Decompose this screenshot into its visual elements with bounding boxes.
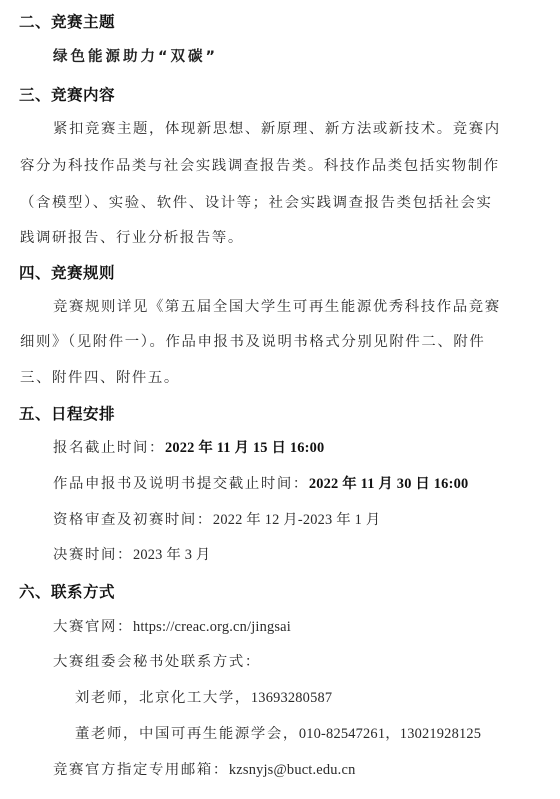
website-link[interactable]: https://creac.org.cn/jingsai: [133, 619, 291, 635]
schedule-item: 决赛时间：2023 年 3 月: [53, 545, 211, 565]
theme-text: 绿色能源助力“双碳”: [53, 47, 218, 67]
heading-s4: 四、竞赛规则: [19, 263, 115, 283]
email-link[interactable]: kzsnyjs@buct.edu.cn: [229, 762, 356, 778]
paragraph-line: 三、附件四、附件五。: [20, 368, 180, 388]
contact-text: 刘老师，北京化工大学，: [75, 690, 251, 706]
schedule-value: 2022 年 11 月 30 日 16:00: [309, 476, 469, 492]
secretariat-label: 大赛组委会秘书处联系方式：: [53, 652, 261, 672]
schedule-value: 2022 年 11 月 15 日 16:00: [165, 440, 325, 456]
email-line: 竞赛官方指定专用邮箱：kzsnyjs@buct.edu.cn: [53, 760, 355, 780]
paragraph-line: 竞赛规则详见《第五届全国大学生可再生能源优秀科技作品竞赛: [53, 297, 501, 317]
paragraph-line: 细则》（见附件一）。作品申报书及说明书格式分别见附件二、附件: [20, 332, 485, 352]
schedule-item: 报名截止时间：2022 年 11 月 15 日 16:00: [53, 438, 324, 458]
contact-text: 董老师，中国可再生能源学会，: [75, 726, 299, 742]
paragraph-line: 紧扣竞赛主题，体现新思想、新原理、新方法或新技术。竞赛内: [53, 119, 501, 139]
paragraph-line: （含模型）、实验、软件、设计等；社会实践调查报告类包括社会实: [20, 193, 493, 213]
schedule-label: 报名截止时间：: [53, 440, 165, 456]
paragraph-line: 践调研报告、行业分析报告等。: [20, 228, 244, 248]
email-label: 竞赛官方指定专用邮箱：: [53, 762, 229, 778]
schedule-item: 资格审查及初赛时间：2022 年 12 月-2023 年 1 月: [53, 510, 380, 530]
contact-phone: 13693280587: [251, 690, 332, 706]
schedule-item: 作品申报书及说明书提交截止时间：2022 年 11 月 30 日 16:00: [53, 474, 468, 494]
contact-phone: 010-82547261，13021928125: [299, 726, 481, 742]
website-label: 大赛官网：: [53, 619, 133, 635]
schedule-value: 2023 年 3 月: [133, 547, 211, 563]
schedule-label: 决赛时间：: [53, 547, 133, 563]
schedule-label: 作品申报书及说明书提交截止时间：: [53, 476, 309, 492]
heading-s2: 二、竞赛主题: [19, 12, 115, 32]
paragraph-line: 容分为科技作品类与社会实践调查报告类。科技作品类包括实物制作: [20, 156, 500, 176]
website-line: 大赛官网：https://creac.org.cn/jingsai: [53, 617, 291, 637]
schedule-value: 2022 年 12 月-2023 年 1 月: [213, 512, 381, 528]
heading-s6: 六、联系方式: [19, 582, 115, 602]
schedule-label: 资格审查及初赛时间：: [53, 512, 213, 528]
contact-line: 董老师，中国可再生能源学会，010-82547261，13021928125: [75, 724, 481, 744]
heading-s3: 三、竞赛内容: [19, 85, 115, 105]
heading-s5: 五、日程安排: [19, 404, 115, 424]
contact-line: 刘老师，北京化工大学，13693280587: [75, 688, 332, 708]
